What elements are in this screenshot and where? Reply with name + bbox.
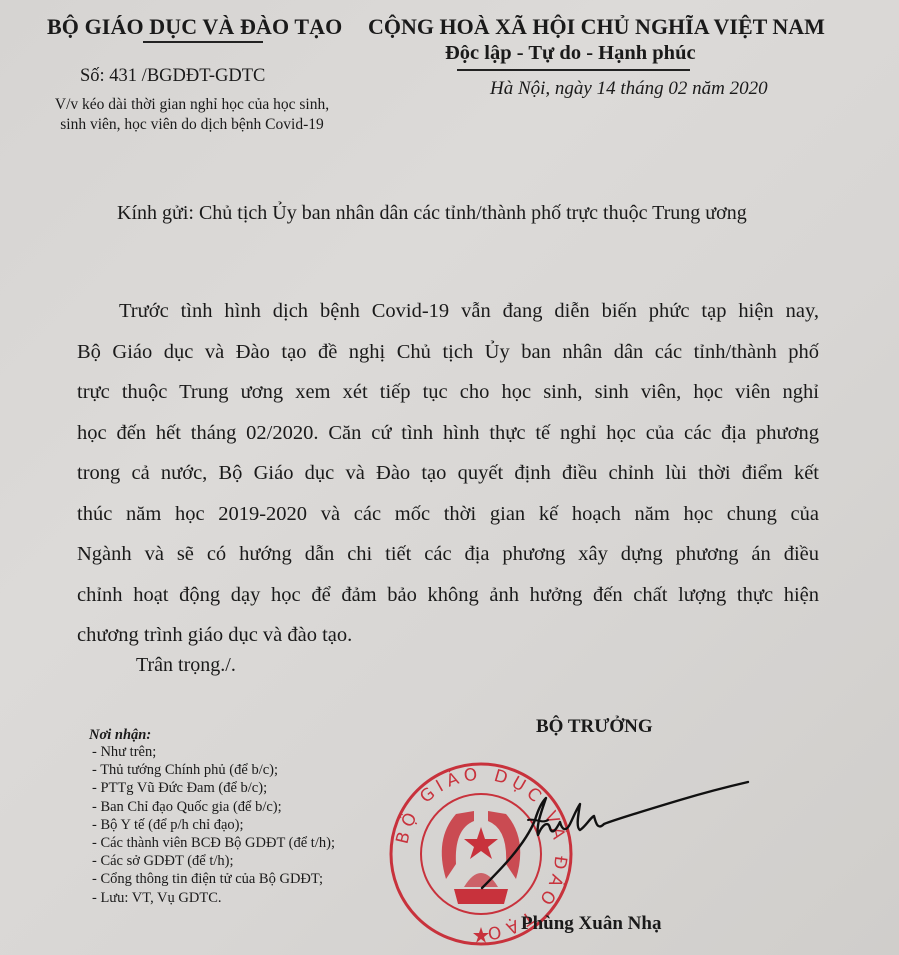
- recipient-item: - Các sở GDĐT (để t/h);: [92, 852, 335, 870]
- subject-line: V/v kéo dài thời gian nghỉ học của học s…: [34, 95, 350, 115]
- national-motto: Độc lập - Tự do - Hạnh phúc: [445, 42, 696, 65]
- place-date: Hà Nội, ngày 14 tháng 02 năm 2020: [490, 78, 768, 100]
- recipient-item: - Ban Chỉ đạo Quốc gia (để b/c);: [92, 798, 335, 816]
- body-line: Bộ Giáo dục và Đào tạo đề nghị Chủ tịch …: [77, 332, 819, 373]
- letter-body: Trước tình hình dịch bệnh Covid-19 vẫn đ…: [77, 291, 819, 656]
- body-line: chương trình giáo dục và đào tạo.: [77, 615, 819, 656]
- body-line: thúc năm học 2019-2020 và các mốc thời g…: [77, 494, 819, 535]
- recipient-item: - Thủ tướng Chính phủ (để b/c);: [92, 761, 335, 779]
- recipient-item: - Lưu: VT, Vụ GDTC.: [92, 889, 335, 907]
- recipient-item: - Cổng thông tin điện tử của Bộ GDĐT;: [92, 870, 335, 888]
- closing-salutation: Trân trọng./.: [136, 654, 236, 677]
- recipient-item: - Như trên;: [92, 743, 335, 761]
- recipient-item: - PTTg Vũ Đức Đam (để b/c);: [92, 779, 335, 797]
- country-name: CỘNG HOÀ XÃ HỘI CHỦ NGHĨA VIỆT NAM: [368, 14, 825, 40]
- organization-name: BỘ GIÁO DỤC VÀ ĐÀO TẠO: [47, 14, 342, 40]
- organization-underline: [143, 41, 263, 43]
- document-subject: V/v kéo dài thời gian nghỉ học của học s…: [34, 95, 350, 135]
- body-line: trực thuộc Trung ương xem xét tiếp tục c…: [77, 372, 819, 413]
- body-line: trong cả nước, Bộ Giáo dục và Đào tạo qu…: [77, 453, 819, 494]
- body-line: chỉnh hoạt động dạy học để đảm bảo không…: [77, 575, 819, 616]
- subject-line: sinh viên, học viên do dịch bệnh Covid-1…: [34, 115, 350, 135]
- body-line: Trước tình hình dịch bệnh Covid-19 vẫn đ…: [77, 291, 819, 332]
- document-number: Số: 431 /BGDĐT-GDTC: [80, 66, 265, 87]
- body-line: Ngành và sẽ có hướng dẫn chi tiết các đị…: [77, 534, 819, 575]
- recipients-list: - Như trên; - Thủ tướng Chính phủ (để b/…: [92, 743, 335, 907]
- recipient-item: - Các thành viên BCĐ Bộ GDĐT (để t/h);: [92, 834, 335, 852]
- motto-underline: [457, 69, 690, 71]
- handwritten-signature-icon: [480, 780, 750, 890]
- signer-title: BỘ TRƯỞNG: [536, 716, 653, 738]
- recipients-title: Nơi nhận:: [89, 727, 151, 744]
- body-line: học đến hết tháng 02/2020. Căn cứ tình h…: [77, 413, 819, 454]
- addressee: Kính gửi: Chủ tịch Ủy ban nhân dân các t…: [117, 202, 747, 225]
- recipient-item: - Bộ Y tế (để p/h chỉ đạo);: [92, 816, 335, 834]
- signer-name: Phùng Xuân Nhạ: [521, 913, 661, 935]
